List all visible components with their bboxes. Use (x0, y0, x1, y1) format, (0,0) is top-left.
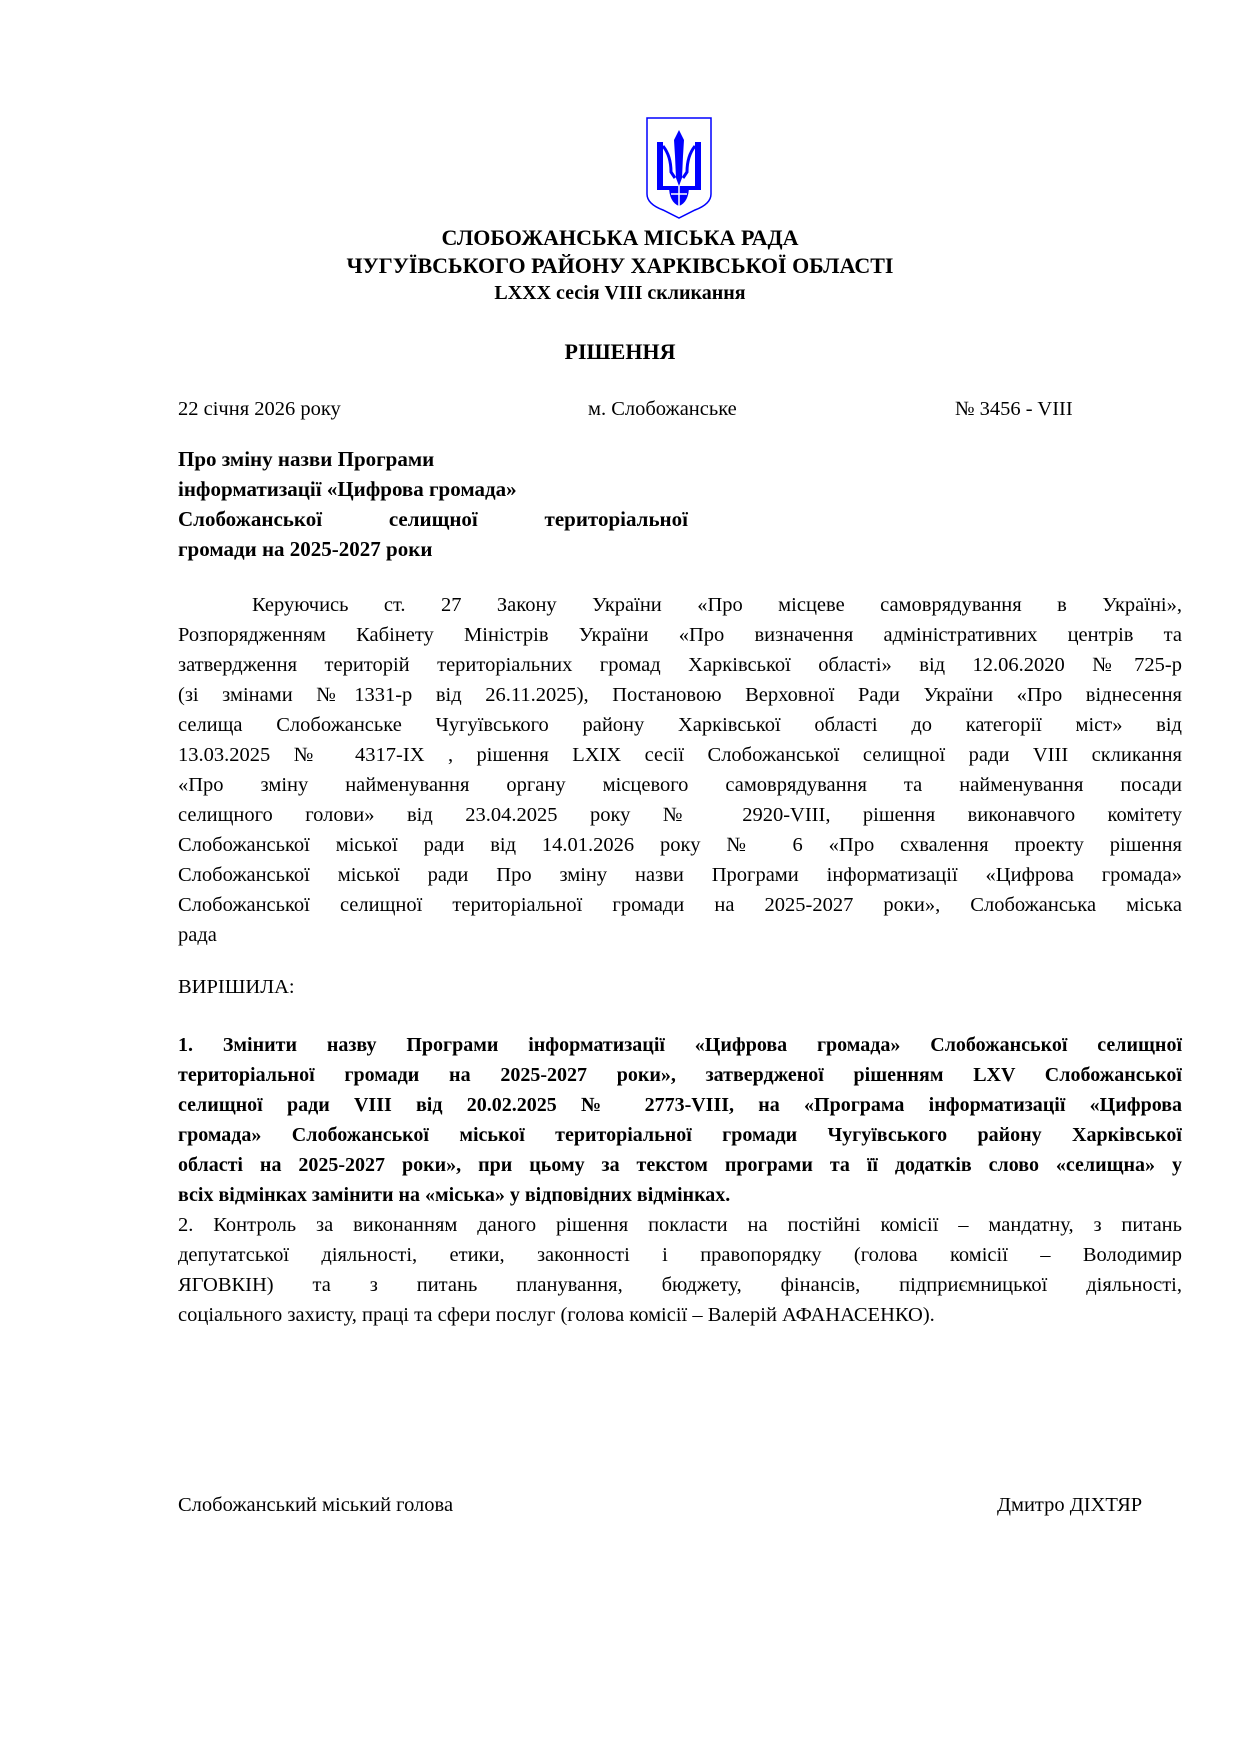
clause-line: 2. Контроль за виконанням даного рішення… (178, 1210, 1182, 1240)
subject-line: інформатизації «Цифрова громада» (178, 474, 688, 504)
clause-line: громада» Слобожанської міської територіа… (178, 1120, 1182, 1150)
ukraine-trident-coat-of-arms-icon (645, 116, 713, 220)
document-type-heading: РІШЕННЯ (0, 337, 1240, 367)
preamble-line: Керуючись ст. 27 Закону України «Про міс… (178, 590, 1182, 620)
preamble-line: Слобожанської селищної територіальної гр… (178, 890, 1182, 920)
preamble-line: селищного голови» від 23.04.2025 року № … (178, 800, 1182, 830)
clause-1: 1. Змінити назву Програми інформатизації… (178, 1030, 1182, 1210)
decision-date: 22 січня 2026 року (178, 394, 341, 424)
preamble-line: 13.03.2025 № 4317-IX , рішення LXIX сесі… (178, 740, 1182, 770)
preamble-line: селища Слобожанське Чугуївського району … (178, 710, 1182, 740)
clause-line: депутатської діяльності, етики, законнос… (178, 1240, 1182, 1270)
session-line: LXXX сесія VIII скликання (0, 279, 1240, 307)
clause-line: 1. Змінити назву Програми інформатизації… (178, 1030, 1182, 1060)
resolved-label: ВИРІШИЛА: (178, 972, 295, 1002)
subject-line: Слобожанської селищної територіальної (178, 504, 688, 534)
council-name: СЛОБОЖАНСЬКА МІСЬКА РАДА (0, 223, 1240, 253)
decision-number: № 3456 - VIII (955, 394, 1073, 424)
preamble-line: рада (178, 920, 1182, 950)
signature-position: Слобожанський міський голова (178, 1490, 453, 1520)
preamble-line: Слобожанської міської ради від 14.01.202… (178, 830, 1182, 860)
clause-line: територіальної громади на 2025-2027 роки… (178, 1060, 1182, 1090)
clause-line: області на 2025-2027 роки», при цьому за… (178, 1150, 1182, 1180)
clause-line: всіх відмінках замінити на «міська» у ві… (178, 1180, 1182, 1210)
decision-subject: Про зміну назви Програми інформатизації … (178, 444, 688, 564)
preamble-line: Слобожанської міської ради Про зміну наз… (178, 860, 1182, 890)
preamble-line: затвердження територій територіальних гр… (178, 650, 1182, 680)
preamble-line: (зі змінами №1331-р від 26.11.2025), Пос… (178, 680, 1182, 710)
subject-line: громади на 2025-2027 роки (178, 534, 688, 564)
subject-line: Про зміну назви Програми (178, 444, 688, 474)
council-district: ЧУГУЇВСЬКОГО РАЙОНУ ХАРКІВСЬКОЇ ОБЛАСТІ (0, 251, 1240, 281)
clause-2: 2. Контроль за виконанням даного рішення… (178, 1210, 1182, 1330)
clause-line: ЯГОВКІН) та з питань планування, бюджету… (178, 1270, 1182, 1300)
preamble-line: Розпорядженням Кабінету Міністрів Україн… (178, 620, 1182, 650)
preamble-line: «Про зміну найменування органу місцевого… (178, 770, 1182, 800)
signature-name: Дмитро ДІХТЯР (997, 1490, 1142, 1520)
clause-line: соціального захисту, праці та сфери посл… (178, 1300, 1182, 1330)
decision-place: м. Слобожанське (588, 394, 737, 424)
clause-line: селищної ради VIII від 20.02.2025 № 2773… (178, 1090, 1182, 1120)
preamble-paragraph: Керуючись ст. 27 Закону України «Про міс… (178, 590, 1182, 950)
